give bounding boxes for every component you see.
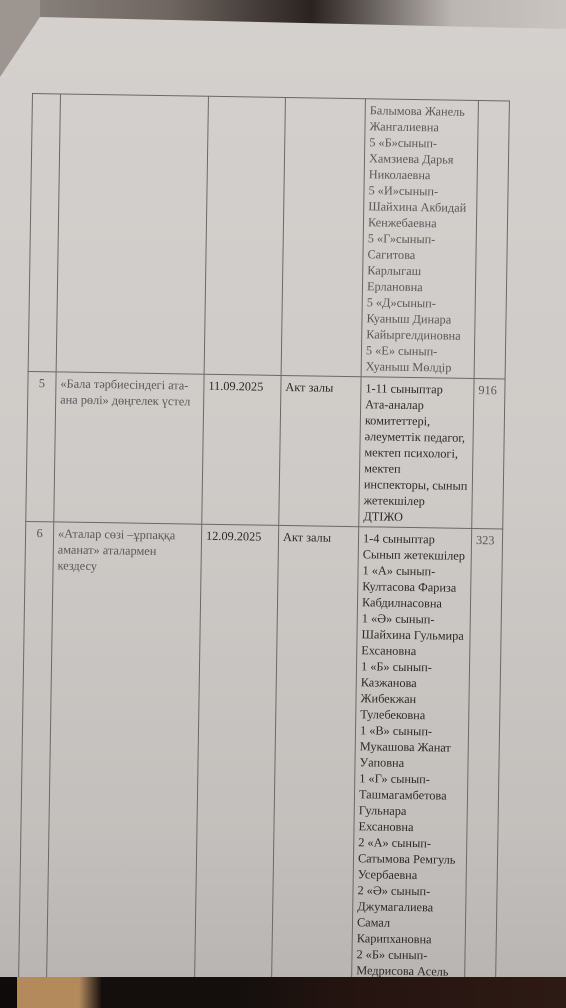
participant-line: Николаевна bbox=[369, 166, 473, 184]
event-name-cell: «Бала тәрбиесіндегі ата-ана рөлі» дөңгел… bbox=[54, 372, 204, 524]
participant-line: 1 «Г» сынып- bbox=[359, 770, 463, 788]
participants-cell: Балымова ЖанельЖангалиевна5 «Б»сынып-Хам… bbox=[361, 99, 478, 379]
participant-line: Сатымова Ремгуль bbox=[358, 850, 462, 868]
participant-line: Кайыргелдиновна bbox=[366, 326, 470, 344]
event-date-cell: 12.09.2025 bbox=[194, 524, 279, 1008]
participant-line: 1 «Б» сынып- bbox=[361, 658, 465, 676]
participant-line: Сагитова bbox=[367, 246, 471, 264]
participant-line: инспекторы, сынып bbox=[364, 476, 468, 494]
participant-line: 5 «Г»сынып- bbox=[368, 230, 472, 248]
participant-line: 5 «Е» сынып- bbox=[366, 342, 470, 360]
participant-line: 1-4 сыныптар bbox=[363, 530, 467, 548]
participant-line: 5 «Д»сынып- bbox=[367, 294, 471, 312]
participant-line: Мукашова Жанат bbox=[360, 738, 464, 756]
participant-line: Ехсановна bbox=[361, 642, 465, 660]
event-date-cell: 11.09.2025 bbox=[202, 374, 281, 525]
participant-line: Усербаевна bbox=[358, 866, 462, 884]
participants-cell: 1-11 сыныптарАта-аналаркомитеттері,әлеум… bbox=[359, 377, 474, 529]
row-number-cell: 5 bbox=[26, 371, 56, 521]
participant-line: 1 «Ә» сынып- bbox=[362, 610, 466, 628]
participant-line: Хуаныш Мөлдір bbox=[366, 358, 470, 376]
table-container: Балымова ЖанельЖангалиевна5 «Б»сынып-Хам… bbox=[18, 93, 510, 1008]
participant-line: мектеп психологі, bbox=[364, 444, 468, 462]
table-row: 5«Бала тәрбиесіндегі ата-ана рөлі» дөңге… bbox=[26, 371, 505, 528]
participant-line: Ерлановна bbox=[367, 278, 471, 296]
event-venue-cell: Акт залы bbox=[279, 375, 361, 526]
participant-line: Кенжебаевна bbox=[368, 214, 472, 232]
participants-cell: 1-4 сыныптарСынып жетекшілер1 «А» сынып-… bbox=[351, 527, 472, 1008]
participant-line: мектеп bbox=[364, 460, 468, 478]
table-row: Балымова ЖанельЖангалиевна5 «Б»сынып-Хам… bbox=[28, 94, 509, 379]
participant-line: Ата-аналар bbox=[365, 396, 469, 414]
event-name-cell: «Аталар сөзі –ұрпаққааманат» аталарменке… bbox=[46, 522, 202, 1008]
participant-line: 2 «Ә» сынып- bbox=[357, 882, 461, 900]
event-name-line: кездесу bbox=[57, 557, 196, 575]
participant-line: 2 «А» сынып- bbox=[358, 834, 462, 852]
participant-line: әлеуметтік педагог, bbox=[365, 428, 469, 446]
row-number-cell bbox=[28, 94, 60, 372]
participant-line: Жибекжан bbox=[360, 690, 464, 708]
participant-line: Ташмагамбетова bbox=[359, 786, 463, 804]
participant-line: Самал bbox=[357, 914, 461, 932]
event-venue-cell: Акт залы bbox=[271, 525, 359, 1008]
paper-page: Балымова ЖанельЖангалиевна5 «Б»сынып-Хам… bbox=[0, 17, 566, 977]
participant-line: Куаныш Динара bbox=[366, 310, 470, 328]
participant-line: Тулебековна bbox=[360, 706, 464, 724]
event-name-cell bbox=[56, 94, 208, 374]
participant-count-cell bbox=[474, 101, 509, 379]
participant-line: 5 «Б»сынып- bbox=[369, 134, 473, 152]
participant-line: Ехсановна bbox=[358, 818, 462, 836]
participant-line: Уаповна bbox=[359, 754, 463, 772]
participant-line: ДТІЖО bbox=[363, 508, 467, 526]
participant-line: Кабдилнасовна bbox=[362, 594, 466, 612]
participant-line: жетекшілер bbox=[364, 492, 468, 510]
participant-line: 2 «Б» сынып- bbox=[356, 946, 460, 964]
event-name-line: ана рөлі» дөңгелек үстел bbox=[60, 391, 199, 409]
participant-line: 1-11 сыныптар bbox=[365, 380, 469, 398]
participant-line: Гульнара bbox=[359, 802, 463, 820]
participant-count-cell: 323 bbox=[464, 528, 503, 1008]
participant-line: Хамзиева Дарья bbox=[369, 150, 473, 168]
participant-line: Балымова Жанель bbox=[370, 102, 474, 120]
participant-line: Култасова Фариза bbox=[362, 578, 466, 596]
participant-line: комитеттері, bbox=[365, 412, 469, 430]
participant-line: Шайхина Акбидай bbox=[368, 198, 472, 216]
participant-count-cell: 916 bbox=[472, 378, 505, 528]
participant-line: Карипхановна bbox=[357, 930, 461, 948]
participant-line: Сынып жетекшілер bbox=[363, 546, 467, 564]
participant-line: 5 «И»сынып- bbox=[368, 182, 472, 200]
participant-line: Карлыгаш bbox=[367, 262, 471, 280]
background-desk bbox=[0, 975, 566, 1008]
table-row: 6«Аталар сөзі –ұрпаққааманат» аталарменк… bbox=[18, 521, 503, 1008]
participant-line: Жангалиевна bbox=[369, 118, 473, 136]
participant-line: Шайхина Гульмира bbox=[361, 626, 465, 644]
event-plan-table: Балымова ЖанельЖангалиевна5 «Б»сынып-Хам… bbox=[18, 93, 510, 1008]
participant-line: 1 «А» сынып- bbox=[362, 562, 466, 580]
event-date-cell bbox=[204, 96, 285, 375]
participant-line: Джумагалиева bbox=[357, 898, 461, 916]
participant-line: 1 «В» сынып- bbox=[360, 722, 464, 740]
participant-line: Казжанова bbox=[361, 674, 465, 692]
event-venue-cell bbox=[281, 97, 365, 376]
